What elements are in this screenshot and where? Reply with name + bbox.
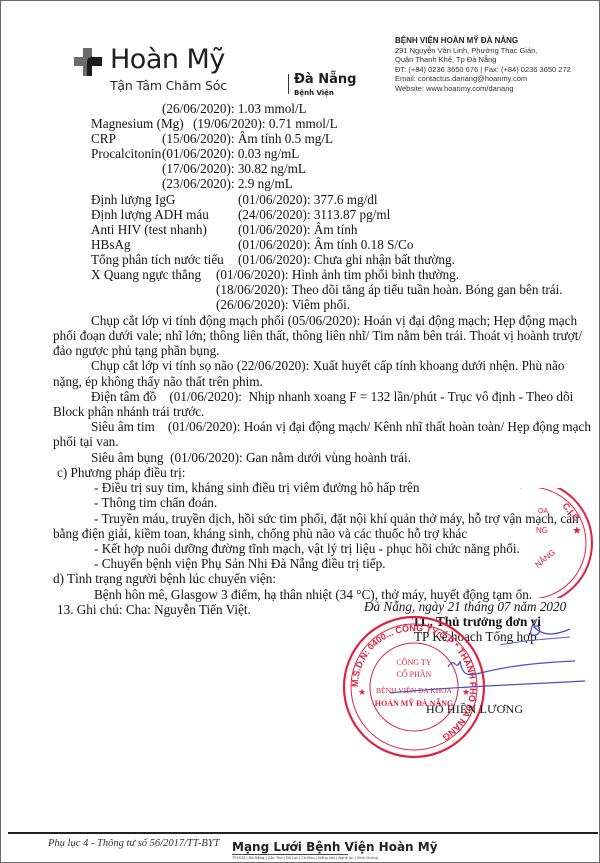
lab-row-label: Định lượng IgG	[91, 192, 175, 207]
footer-brand: Mạng Lưới Bệnh Viện Hoàn Mỹ	[232, 840, 438, 854]
footer-divider	[8, 832, 598, 834]
ct-lung-line: Chụp cắt lớp vi tính động mạch phổi (05/…	[91, 313, 577, 328]
lab-row: (17/06/2020): 30.82 ng/mL	[162, 161, 306, 176]
transfer-heading: d) Tình trạng người bệnh lúc chuyển viện…	[53, 571, 276, 586]
ct-lung-line: phổi đoạn dưới vale; nhĩ lớn; thông liên…	[53, 328, 582, 343]
svg-text:★: ★	[572, 525, 582, 537]
lab-row: (26/06/2020): 1.03 mmol/L	[162, 101, 307, 116]
treatment-item: bằng điện giải, kiềm toan, kháng sinh, c…	[53, 526, 467, 541]
hospital-address-1: 291 Nguyễn Văn Linh, Phường Thạc Gián,	[395, 46, 571, 56]
note: 13. Ghi chú: Cha: Nguyễn Tiến Việt.	[57, 602, 251, 617]
ecg-line: Điện tâm đồ (01/06/2020): Nhịp nhanh xoa…	[91, 389, 573, 404]
signature-place-date: Đà Nẵng, ngày 21 tháng 07 năm 2020	[364, 599, 566, 614]
logo-city-sub: Bệnh Viện	[294, 89, 334, 97]
footer-brand-underline	[232, 854, 348, 855]
lab-row: (01/06/2020): Chưa ghi nhận bất thường.	[238, 252, 455, 267]
footer-regulation: Phụ lục 4 - Thông tư số 56/2017/TT-BYT	[48, 838, 220, 849]
lab-row-label: CRP	[91, 131, 116, 146]
lab-row: (19/06/2020): 0.71 mmol/L	[193, 116, 338, 131]
treatment-item: - Điều trị suy tim, kháng sinh điều trị …	[94, 480, 419, 495]
lab-row-label: Tổng phân tích nước tiểu	[91, 252, 224, 267]
signature-ink-icon	[330, 615, 600, 705]
xray-entry: (01/06/2020): Hình ảnh tim phổi bình thư…	[216, 267, 459, 282]
hospital-address-2: Quận Thanh Khê, Tp Đà Nẵng	[395, 55, 571, 65]
lab-row: (01/06/2020): 377.6 mg/dl	[238, 192, 378, 207]
lab-row-label: HBsAg	[91, 237, 131, 252]
hospital-info: BỆNH VIỆN HOÀN MỸ ĐÀ NẴNG 291 Nguyễn Văn…	[395, 36, 571, 94]
lab-row-label: Anti HIV (test nhanh)	[91, 222, 207, 237]
logo-divider	[288, 74, 289, 94]
lab-row: (01/06/2020): Âm tính	[238, 222, 357, 237]
echo-heart-line: phổi tại van.	[53, 434, 119, 449]
treatment-item: - Thông tim chẩn đoán.	[94, 495, 217, 510]
xray-label: X Quang ngực thẳng	[91, 267, 201, 282]
echo-abdomen-line: Siêu âm bụng (01/06/2020): Gan nằm dưới …	[91, 450, 411, 465]
treatment-item: - Kết hợp nuôi dưỡng đường tĩnh mạch, vậ…	[94, 541, 520, 556]
svg-text:OA: OA	[538, 508, 548, 515]
lab-row-label: Magnesium (Mg)	[91, 116, 184, 131]
signature-name: HỒ HIỀN LƯƠNG	[426, 702, 523, 717]
lab-row: (23/06/2020): 2.9 ng/mL	[162, 176, 293, 191]
stamp-fragment-icon: C.I.C OA NG ★ NẴNG	[520, 488, 600, 598]
treatment-item: - Truyền máu, truyền dịch, hồi sức tim p…	[94, 511, 579, 526]
lab-row: (15/06/2020): Âm tính 0.5 mg/L	[162, 131, 333, 146]
lab-row-label: Procalcitonin	[91, 146, 161, 161]
ct-brain-line: nặng, ép không thấy não thất trên phim.	[53, 374, 263, 389]
hospital-name: BỆNH VIỆN HOÀN MỸ ĐÀ NẴNG	[395, 36, 571, 46]
ct-brain-line: Chụp cắt lớp vi tính sọ não (22/06/2020)…	[91, 358, 564, 373]
hospital-cross-icon	[74, 48, 102, 76]
ecg-line: Block phân nhánh trái trước.	[53, 404, 204, 419]
logo-name: Hoàn Mỹ	[110, 44, 225, 75]
treatment-item: - Chuyển bệnh viện Phụ Sản Nhi Đà Nẵng đ…	[94, 556, 386, 571]
lab-row: (24/06/2020): 3113.87 pg/ml	[238, 207, 390, 222]
hospital-phone-fax: ĐT: (+84) 0236 3650 676 | Fax: (+84) 023…	[395, 65, 571, 75]
echo-heart-line: Siêu âm tim (01/06/2020): Hoán vị đại độ…	[91, 419, 591, 434]
lab-row: (01/06/2020): Âm tính 0.18 S/Co	[238, 237, 413, 252]
hospital-email: Email: contactus.danang@hoanmy.com	[395, 74, 571, 84]
hospital-website: Website: www.hoanmy.com/danang	[395, 84, 571, 94]
xray-entry: (26/06/2020): Viêm phổi.	[216, 297, 350, 312]
ct-lung-line: đảo ngược phủ tạng phần bụng.	[53, 343, 219, 358]
logo-tagline: Tận Tâm Chăm Sóc	[110, 78, 227, 93]
xray-entry: (18/06/2020): Theo dõi tăng áp tiểu tuần…	[216, 282, 563, 297]
svg-text:NG: NG	[536, 526, 548, 535]
footer-cities: TP.HCM | Đà Nẵng | Cần Thơ | Đà Lạt | Cà…	[232, 856, 378, 860]
svg-text:NẴNG: NẴNG	[534, 548, 557, 570]
lab-row-label: Định lượng ADH máu	[91, 207, 209, 222]
lab-row: (01/06/2020): 0.03 ng/mL	[162, 146, 299, 161]
treatment-heading: c) Phương pháp điều trị:	[57, 465, 185, 480]
logo-city: Đà Nẵng	[294, 72, 356, 87]
